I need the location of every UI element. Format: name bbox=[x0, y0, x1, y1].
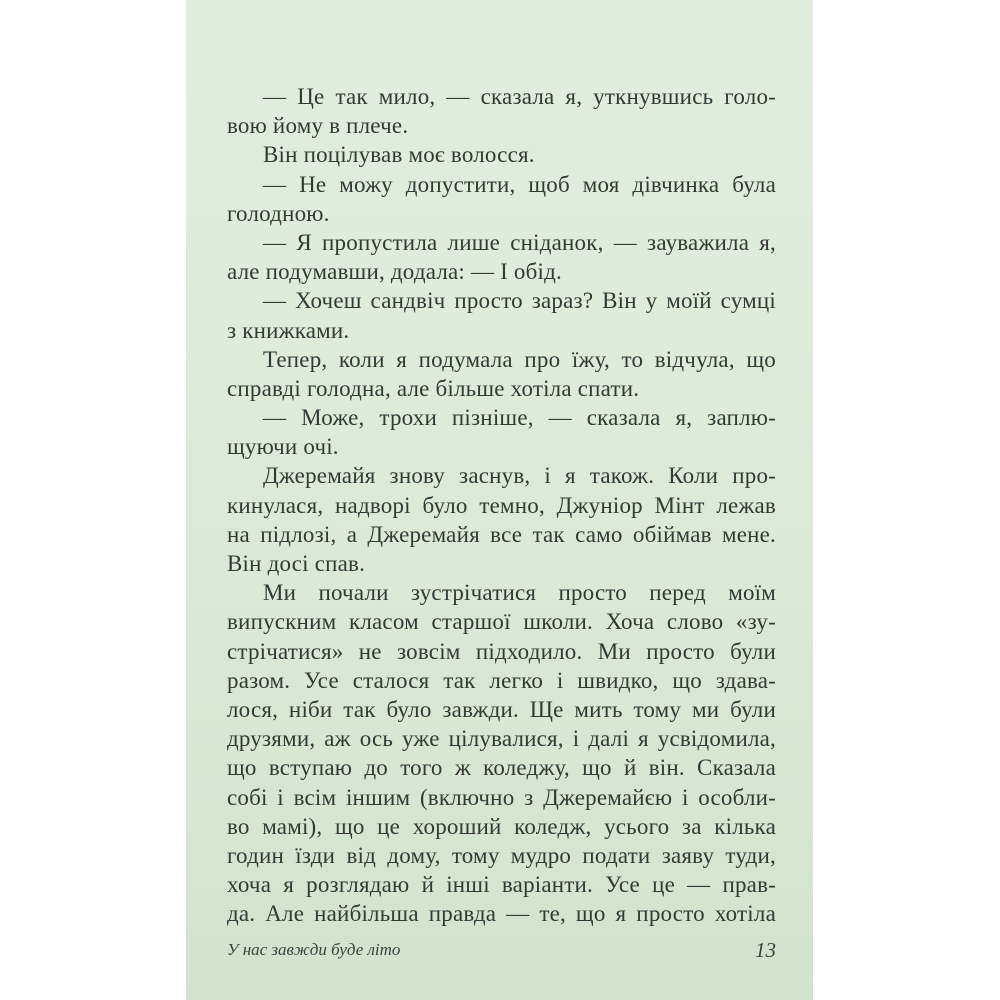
text-line: на підлозі, а Джеремайя все так само обі… bbox=[227, 520, 776, 549]
text-line: стрічатися» не зовсім підходило. Ми прос… bbox=[227, 637, 776, 666]
running-title: У нас завжди буде літо bbox=[227, 940, 400, 960]
page-number: 13 bbox=[755, 938, 776, 963]
text-line: Джеремайя знову заснув, і я також. Коли … bbox=[227, 461, 776, 490]
text-line: да. Але найбільша правда — те, що я прос… bbox=[227, 899, 776, 928]
text-line: друзями, аж ось уже цілувалися, і далі я… bbox=[227, 724, 776, 753]
text-line: голодною. bbox=[227, 199, 776, 228]
book-page: — Це так мило, — сказала я, уткнувшись г… bbox=[186, 0, 813, 1000]
text-line: собі і всім іншим (включно з Джеремайєю … bbox=[227, 783, 776, 812]
text-line: випускним класом старшої школи. Хоча сло… bbox=[227, 607, 776, 636]
text-line: разом. Усе сталося так легко і швидко, щ… bbox=[227, 666, 776, 695]
text-line: лося, ніби так було завжди. Ще мить тому… bbox=[227, 695, 776, 724]
text-line: Він поцілував моє волосся. bbox=[227, 140, 776, 169]
text-line: — Хочеш сандвіч просто зараз? Він у моїй… bbox=[227, 286, 776, 315]
text-line: що вступаю до того ж коледжу, що й він. … bbox=[227, 753, 776, 782]
text-line: щуючи очі. bbox=[227, 432, 776, 461]
text-line: кинулася, надворі було темно, Джуніор Мі… bbox=[227, 491, 776, 520]
text-line: — Я пропустила лише сніданок, — зауважил… bbox=[227, 228, 776, 257]
text-line: з книжками. bbox=[227, 316, 776, 345]
text-line: але подумавши, додала: — І обід. bbox=[227, 257, 776, 286]
text-line: вою йому в плече. bbox=[227, 111, 776, 140]
text-line: Тепер, коли я подумала про їжу, то відчу… bbox=[227, 345, 776, 374]
text-line: Він досі спав. bbox=[227, 549, 776, 578]
text-line: — Це так мило, — сказала я, уткнувшись г… bbox=[227, 82, 776, 111]
body-text: — Це так мило, — сказала я, уткнувшись г… bbox=[227, 82, 776, 928]
text-line: годин їзди від дому, тому мудро подати з… bbox=[227, 841, 776, 870]
text-line: хоча я розглядаю й інші варіанти. Усе це… bbox=[227, 870, 776, 899]
text-line: во мамі), що це хороший коледж, усього з… bbox=[227, 812, 776, 841]
text-line: Ми почали зустрічатися просто перед моїм bbox=[227, 578, 776, 607]
text-line: — Не можу допустити, щоб моя дівчинка бу… bbox=[227, 170, 776, 199]
text-line: справді голодна, але більше хотіла спати… bbox=[227, 374, 776, 403]
text-line: — Може, трохи пізніше, — сказала я, запл… bbox=[227, 403, 776, 432]
